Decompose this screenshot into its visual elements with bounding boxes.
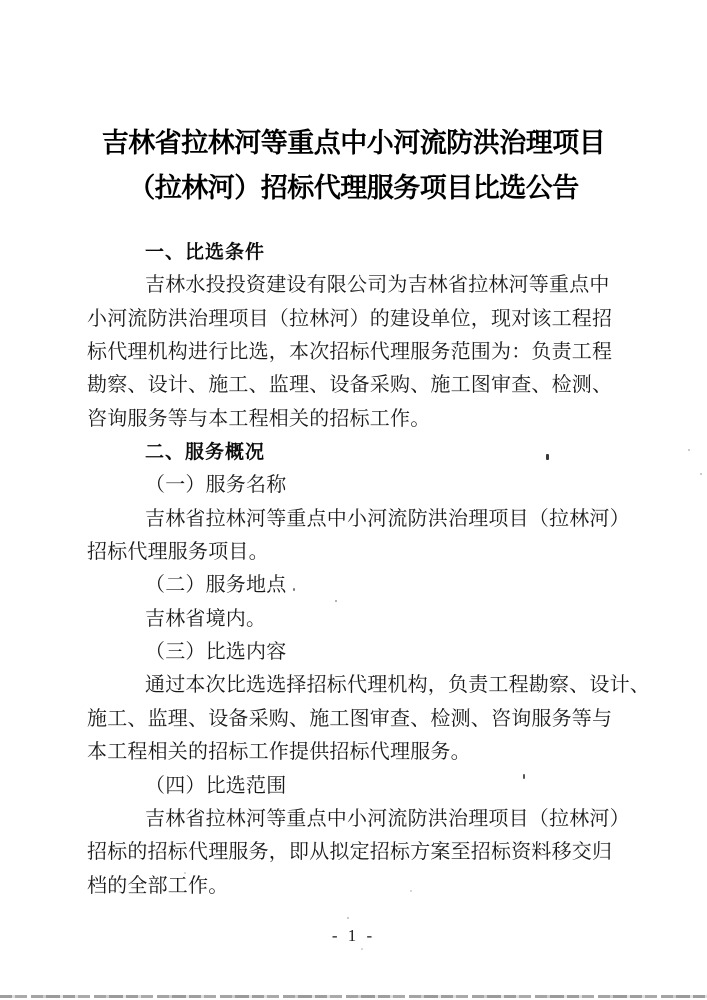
paragraph-line: 吉林水投投资建设有限公司为吉林省拉林河等重点中 xyxy=(87,269,612,302)
scanned-document-page: 吉林省拉林河等重点中小河流防洪治理项目 （拉林河）招标代理服务项目比选公告 一、… xyxy=(0,0,707,1000)
paragraph-line: 吉林省境内。 xyxy=(87,603,612,636)
paragraph-line: 小河流防洪治理项目（拉林河）的建设单位，现对该工程招 xyxy=(87,303,612,336)
paragraph-line: 档的全部工作。 xyxy=(87,870,612,903)
paragraph-line: 标代理机构进行比选，本次招标代理服务范围为：负责工程 xyxy=(87,336,612,369)
scan-speck xyxy=(523,774,525,779)
page-number: - 1 - xyxy=(0,926,707,946)
scan-edge-artifact xyxy=(0,995,707,998)
paragraph-line: 通过本次比选选择招标代理机构，负责工程勘察、设计、 xyxy=(87,669,612,702)
paragraph-line: 吉林省拉林河等重点中小河流防洪治理项目（拉林河） xyxy=(87,803,612,836)
paragraph-line: 本工程相关的招标工作提供招标代理服务。 xyxy=(87,736,612,769)
subsection-heading-2: （二）服务地点 xyxy=(87,569,612,602)
scan-speck xyxy=(410,890,412,892)
paragraph-line: 吉林省拉林河等重点中小河流防洪治理项目（拉林河） xyxy=(87,503,612,536)
scan-speck xyxy=(546,454,549,460)
paragraph-line: 咨询服务等与本工程相关的招标工作。 xyxy=(87,403,612,436)
paragraph-line: 招标代理服务项目。 xyxy=(87,536,612,569)
subsection-heading-4: （四）比选范围 xyxy=(87,770,612,803)
document-title-line2: （拉林河）招标代理服务项目比选公告 xyxy=(0,166,707,205)
section-heading-2: 二、服务概况 xyxy=(87,436,612,469)
subsection-heading-1: （一）服务名称 xyxy=(87,469,612,502)
paragraph-line: 施工、监理、设备采购、施工图审查、检测、咨询服务等与 xyxy=(87,703,612,736)
scan-speck xyxy=(293,588,295,591)
scan-speck xyxy=(700,473,702,475)
scan-speck xyxy=(347,917,349,919)
scan-speck xyxy=(335,600,337,602)
document-body: 一、比选条件 吉林水投投资建设有限公司为吉林省拉林河等重点中 小河流防洪治理项目… xyxy=(87,236,612,903)
scan-speck xyxy=(184,872,186,874)
subsection-heading-3: （三）比选内容 xyxy=(87,636,612,669)
scan-speck xyxy=(688,449,690,451)
scan-speck xyxy=(361,948,363,950)
paragraph-line: 招标的招标代理服务，即从拟定招标方案至招标资料移交归 xyxy=(87,836,612,869)
section-heading-1: 一、比选条件 xyxy=(87,236,612,269)
document-title-line1: 吉林省拉林河等重点中小河流防洪治理项目 xyxy=(0,121,707,160)
paragraph-line: 勘察、设计、施工、监理、设备采购、施工图审查、检测、 xyxy=(87,369,612,402)
